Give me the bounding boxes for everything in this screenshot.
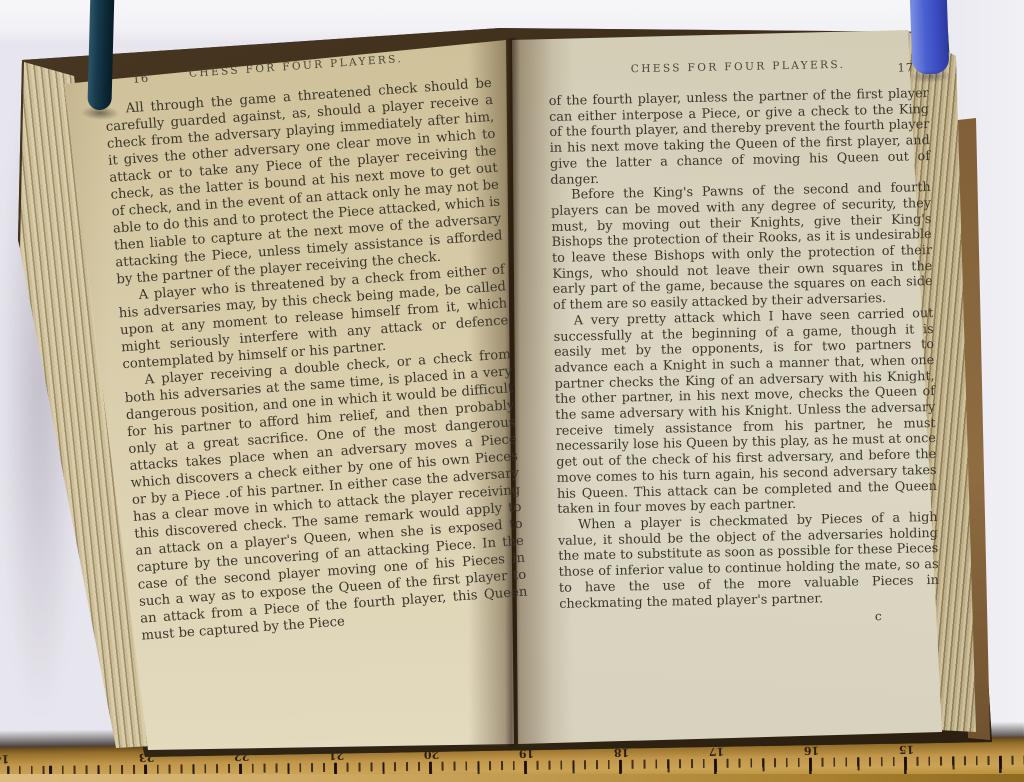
ruler-bottom-edge [0, 774, 1024, 782]
left-page-number: 16 [132, 70, 150, 88]
ruler-number: 16 [804, 744, 819, 757]
right-page-text: CHESS FOR FOUR PLAYERS. 17 of the fourth… [548, 56, 940, 632]
paragraph: A player receiving a double check, or a … [123, 346, 529, 644]
dark-blue-pen [87, 0, 114, 110]
left-page-text: 16 CHESS FOR FOUR PLAYERS. All through t… [102, 45, 529, 645]
paragraph: When a player is checkmated by Pieces of… [558, 510, 940, 612]
ruler-number: 14 [0, 752, 9, 765]
paragraph: Before the King's Pawns of the second an… [551, 180, 934, 314]
ruler-number: 15 [899, 743, 914, 756]
royal-blue-pen [910, 0, 950, 75]
paragraph: of the fourth player, unless the partner… [549, 86, 931, 188]
paragraph: All through the game a threatened check … [104, 75, 504, 289]
book-photo-scene: OIL 23 22 21 20 19 18 17 16 15 14 16 CHE… [0, 0, 1024, 782]
paragraph: A very pretty attack which I have seen c… [553, 306, 937, 518]
